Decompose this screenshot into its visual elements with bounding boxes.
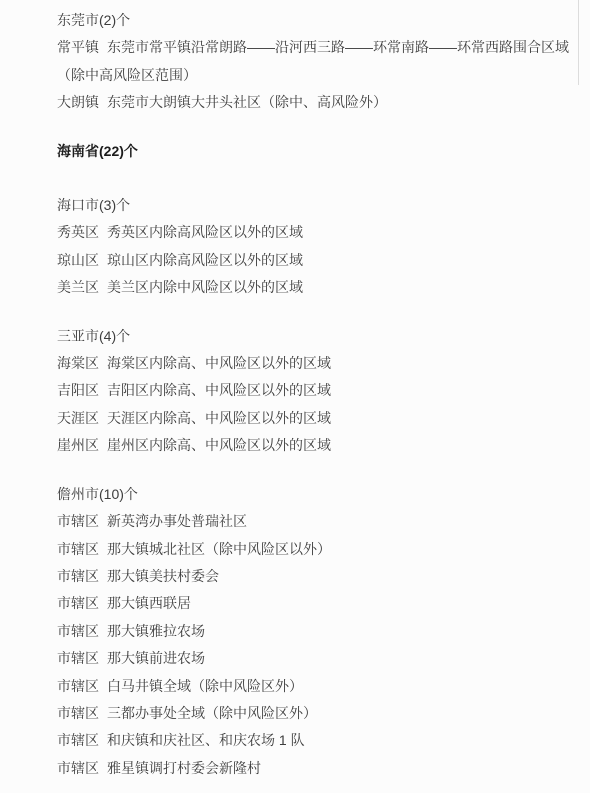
area-description: 和庆镇和庆社区、和庆农场 1 队 bbox=[107, 732, 305, 748]
risk-area-entry: 崖州区崖州区内除高、中风险区以外的区域 bbox=[57, 432, 576, 459]
area-description: 海棠区内除高、中风险区以外的区域 bbox=[107, 355, 331, 371]
city-header-haikou: 海口市(3)个 bbox=[57, 192, 576, 219]
district-name: 崖州区 bbox=[57, 437, 99, 453]
risk-area-entry: 市辖区新英湾办事处普瑞社区 bbox=[57, 508, 576, 535]
area-description: 雅星镇调打村委会新隆村 bbox=[107, 760, 261, 776]
risk-area-entry: 市辖区那大镇美扶村委会 bbox=[57, 563, 576, 590]
risk-area-entry: 海棠区海棠区内除高、中风险区以外的区域 bbox=[57, 350, 576, 377]
risk-area-entry: 市辖区那大镇雅拉农场 bbox=[57, 618, 576, 645]
area-description: 美兰区内除中风险区以外的区域 bbox=[107, 279, 303, 295]
risk-area-entry: 市辖区和庆镇和庆社区、和庆农场 1 队 bbox=[57, 727, 576, 754]
district-name: 天涯区 bbox=[57, 410, 99, 426]
risk-area-entry: 市辖区白马井镇全域（除中风险区外） bbox=[57, 673, 576, 700]
risk-area-entry: 市辖区那大镇西联居 bbox=[57, 590, 576, 617]
area-description: 那大镇雅拉农场 bbox=[107, 623, 205, 639]
area-description: 三都办事处全域（除中风险区外） bbox=[107, 705, 317, 721]
area-description: 吉阳区内除高、中风险区以外的区域 bbox=[107, 382, 331, 398]
district-name: 市辖区 bbox=[57, 541, 99, 557]
risk-area-document: 东莞市(2)个 常平镇东莞市常平镇沿常朗路——沿河西三路——环常南路——环常西路… bbox=[0, 0, 590, 782]
district-name: 常平镇 bbox=[57, 39, 99, 55]
district-name: 市辖区 bbox=[57, 513, 99, 529]
area-description: 那大镇前进农场 bbox=[107, 650, 205, 666]
district-name: 市辖区 bbox=[57, 650, 99, 666]
risk-area-entry: 吉阳区吉阳区内除高、中风险区以外的区域 bbox=[57, 377, 576, 404]
district-name: 市辖区 bbox=[57, 623, 99, 639]
risk-area-entry: 市辖区那大镇城北社区（除中风险区以外） bbox=[57, 536, 576, 563]
risk-area-entry: 常平镇东莞市常平镇沿常朗路——沿河西三路——环常南路——环常西路围合区域 bbox=[57, 34, 576, 61]
city-header-danzhou: 儋州市(10)个 bbox=[57, 481, 576, 508]
area-description: 那大镇西联居 bbox=[107, 595, 191, 611]
district-name: 美兰区 bbox=[57, 279, 99, 295]
district-name: 市辖区 bbox=[57, 760, 99, 776]
risk-area-entry: 秀英区秀英区内除高风险区以外的区域 bbox=[57, 219, 576, 246]
district-name: 吉阳区 bbox=[57, 382, 99, 398]
risk-area-entry: 美兰区美兰区内除中风险区以外的区域 bbox=[57, 274, 576, 301]
risk-area-entry: 天涯区天涯区内除高、中风险区以外的区域 bbox=[57, 405, 576, 432]
district-name: 市辖区 bbox=[57, 678, 99, 694]
risk-area-entry: 琼山区琼山区内除高风险区以外的区域 bbox=[57, 247, 576, 274]
district-name: 市辖区 bbox=[57, 595, 99, 611]
area-description-line2: （除中高风险区范围） bbox=[57, 67, 197, 83]
district-name: 海棠区 bbox=[57, 355, 99, 371]
district-name: 市辖区 bbox=[57, 568, 99, 584]
area-description: 白马井镇全域（除中风险区外） bbox=[107, 678, 303, 694]
risk-area-entry: 市辖区雅星镇调打村委会新隆村 bbox=[57, 755, 576, 782]
city-header-sanya: 三亚市(4)个 bbox=[57, 323, 576, 350]
area-description: 东莞市常平镇沿常朗路——沿河西三路——环常南路——环常西路围合区域 bbox=[107, 39, 569, 55]
risk-area-entry: 市辖区三都办事处全域（除中风险区外） bbox=[57, 700, 576, 727]
right-edge-divider bbox=[578, 0, 579, 85]
district-name: 大朗镇 bbox=[57, 94, 99, 110]
area-description: 琼山区内除高风险区以外的区域 bbox=[107, 252, 303, 268]
area-description: 新英湾办事处普瑞社区 bbox=[107, 513, 247, 529]
risk-area-entry-continuation: （除中高风险区范围） bbox=[57, 62, 576, 89]
city-header-dongguan: 东莞市(2)个 bbox=[57, 7, 576, 34]
area-description: 崖州区内除高、中风险区以外的区域 bbox=[107, 437, 331, 453]
area-description: 东莞市大朗镇大井头社区（除中、高风险外） bbox=[107, 94, 387, 110]
area-description: 那大镇城北社区（除中风险区以外） bbox=[107, 541, 331, 557]
province-header-hainan: 海南省(22)个 bbox=[57, 138, 576, 165]
risk-area-entry: 市辖区那大镇前进农场 bbox=[57, 645, 576, 672]
area-description: 秀英区内除高风险区以外的区域 bbox=[107, 224, 303, 240]
risk-area-entry: 大朗镇东莞市大朗镇大井头社区（除中、高风险外） bbox=[57, 89, 576, 116]
district-name: 市辖区 bbox=[57, 705, 99, 721]
district-name: 市辖区 bbox=[57, 732, 99, 748]
area-description: 天涯区内除高、中风险区以外的区域 bbox=[107, 410, 331, 426]
district-name: 秀英区 bbox=[57, 224, 99, 240]
area-description: 那大镇美扶村委会 bbox=[107, 568, 219, 584]
district-name: 琼山区 bbox=[57, 252, 99, 268]
